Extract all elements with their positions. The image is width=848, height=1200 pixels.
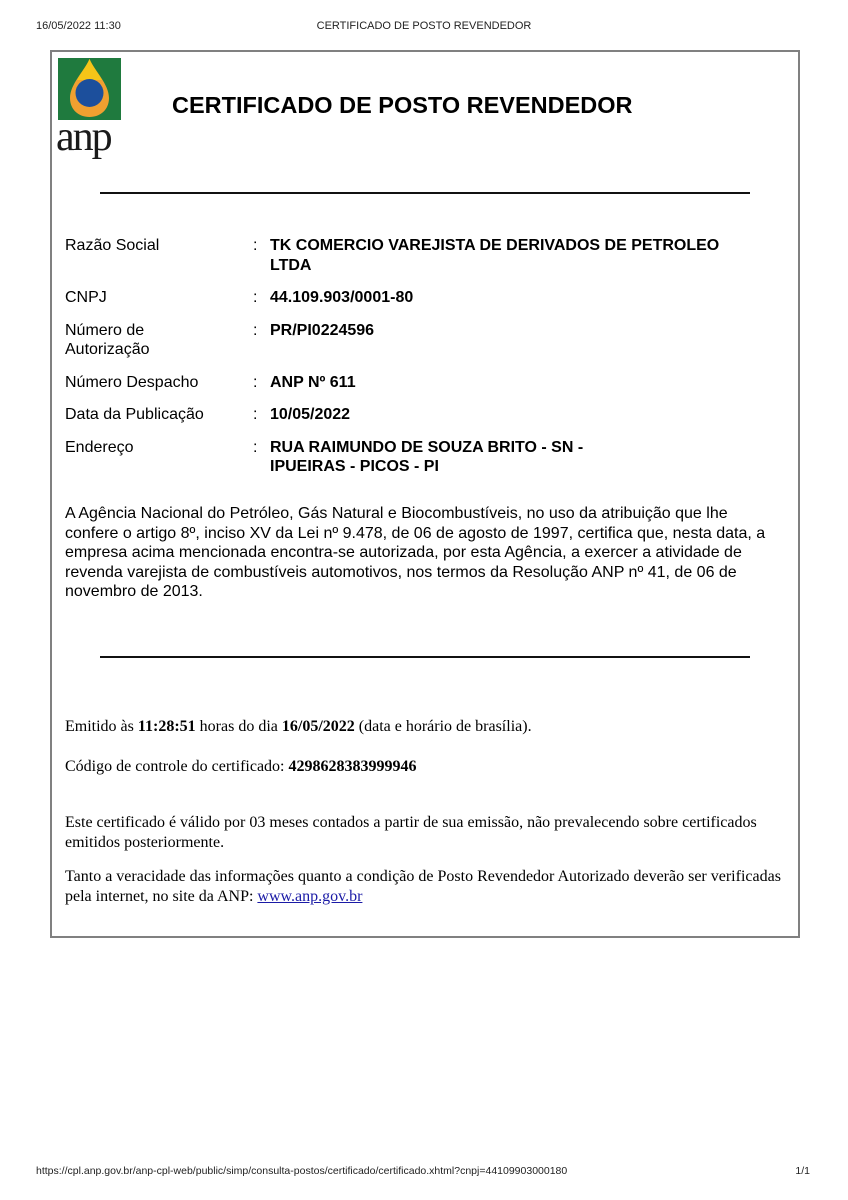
anp-website-link[interactable]: www.anp.gov.br	[257, 888, 362, 905]
print-footer-page-number: 1/1	[795, 1165, 810, 1177]
control-code-label: Código de controle do certificado:	[65, 758, 288, 775]
emission-prefix: Emitido às	[65, 718, 138, 735]
validity-notice: Este certificado é válido por 03 meses c…	[65, 813, 785, 852]
print-header-title: CERTIFICADO DE POSTO REVENDEDOR	[0, 20, 848, 32]
field-cnpj: CNPJ : 44.109.903/0001-80	[65, 288, 785, 308]
field-separator: :	[253, 288, 270, 308]
emission-line: Emitido às 11:28:51 horas do dia 16/05/2…	[65, 717, 785, 737]
divider-top	[100, 192, 750, 194]
field-label: Número Despacho	[65, 373, 253, 393]
anp-logo: anp	[58, 58, 122, 160]
anp-drop-logo-icon	[58, 58, 121, 120]
field-label: Data da Publicação	[65, 405, 253, 425]
field-endereco: Endereço : RUA RAIMUNDO DE SOUZA BRITO -…	[65, 438, 785, 477]
emission-time: 11:28:51	[138, 718, 196, 735]
certificate-fields: Razão Social : TK COMERCIO VAREJISTA DE …	[65, 236, 785, 490]
field-separator: :	[253, 405, 270, 425]
field-label: Razão Social	[65, 236, 253, 275]
field-value: PR/PI0224596	[270, 321, 765, 360]
field-label: CNPJ	[65, 288, 253, 308]
field-label: Número de Autorização	[65, 321, 185, 360]
field-separator: :	[253, 438, 270, 477]
emission-date: 16/05/2022	[282, 718, 355, 735]
emission-middle: horas do dia	[196, 718, 282, 735]
divider-bottom	[100, 656, 750, 658]
control-code-line: Código de controle do certificado: 42986…	[65, 757, 785, 777]
field-separator: :	[253, 373, 270, 393]
field-value: RUA RAIMUNDO DE SOUZA BRITO - SN - IPUEI…	[270, 438, 630, 477]
veracity-text: Tanto a veracidade das informações quant…	[65, 868, 781, 905]
certificate-frame	[50, 50, 800, 938]
anp-logo-text: anp	[56, 116, 111, 158]
certification-statement: A Agência Nacional do Petróleo, Gás Natu…	[65, 504, 785, 602]
field-razao-social: Razão Social : TK COMERCIO VAREJISTA DE …	[65, 236, 785, 275]
field-separator: :	[253, 321, 270, 360]
field-numero-autorizacao: Número de Autorização : PR/PI0224596	[65, 321, 785, 360]
certificate-title: CERTIFICADO DE POSTO REVENDEDOR	[172, 92, 632, 119]
field-value: 10/05/2022	[270, 405, 765, 425]
print-footer-url: https://cpl.anp.gov.br/anp-cpl-web/publi…	[36, 1165, 567, 1177]
field-label: Endereço	[65, 438, 253, 477]
control-code-value: 4298628383999946	[288, 758, 416, 775]
field-separator: :	[253, 236, 270, 275]
veracity-notice: Tanto a veracidade das informações quant…	[65, 867, 785, 906]
field-data-publicacao: Data da Publicação : 10/05/2022	[65, 405, 785, 425]
field-value: TK COMERCIO VAREJISTA DE DERIVADOS DE PE…	[270, 236, 765, 275]
field-numero-despacho: Número Despacho : ANP Nº 611	[65, 373, 785, 393]
emission-suffix: (data e horário de brasília).	[355, 718, 532, 735]
field-value: ANP Nº 611	[270, 373, 765, 393]
field-value: 44.109.903/0001-80	[270, 288, 765, 308]
